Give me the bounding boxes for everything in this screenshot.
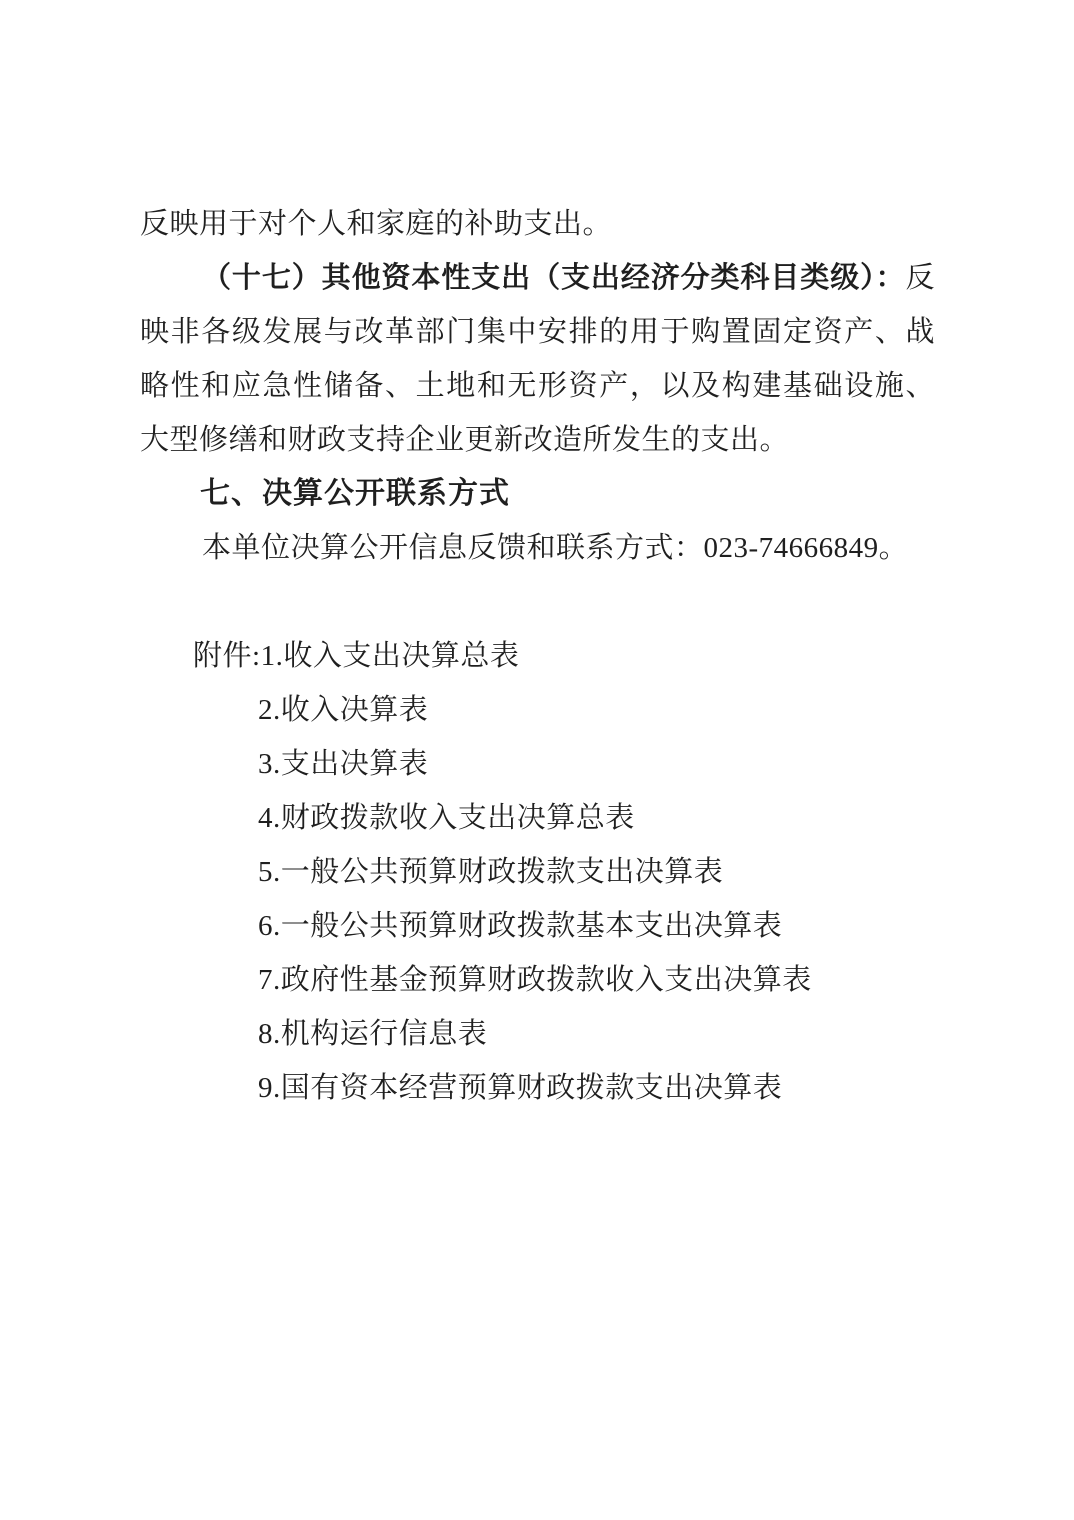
attachment-item-9: 9.国有资本经营预算财政拨款支出决算表 xyxy=(140,1061,935,1115)
paragraph-17-bold-heading: （十七）其他资本性支出（支出经济分类科目类级）： xyxy=(202,262,905,294)
attachments-label: 附件: xyxy=(193,640,261,672)
attachment-item-7: 7.政府性基金预算财政拨款收入支出决算表 xyxy=(140,953,935,1007)
section-heading-contact-method: 七、决算公开联系方式 xyxy=(140,467,935,521)
attachment-item-5: 5.一般公共预算财政拨款支出决算表 xyxy=(140,845,935,899)
document-page: 反映用于对个人和家庭的补助支出。 （十七）其他资本性支出（支出经济分类科目类级）… xyxy=(0,0,1074,1520)
paragraph-subsidy-expense: 反映用于对个人和家庭的补助支出。 xyxy=(140,197,935,251)
paragraph-contact-info: 本单位决算公开信息反馈和联系方式：023-74666849。 xyxy=(140,521,935,575)
attachment-item-6: 6.一般公共预算财政拨款基本支出决算表 xyxy=(140,899,935,953)
document-content: 反映用于对个人和家庭的补助支出。 （十七）其他资本性支出（支出经济分类科目类级）… xyxy=(0,0,1074,1115)
attachments-list: 附件:1.收入支出决算总表 2.收入决算表 3.支出决算表 4.财政拨款收入支出… xyxy=(140,629,935,1115)
attachment-item-2: 2.收入决算表 xyxy=(140,683,935,737)
attachment-item-4: 4.财政拨款收入支出决算总表 xyxy=(140,791,935,845)
paragraph-other-capital-expense: （十七）其他资本性支出（支出经济分类科目类级）：反映非各级发展与改革部门集中安排… xyxy=(140,251,935,467)
attachment-item-1: 1.收入支出决算总表 xyxy=(261,640,520,672)
attachment-item-3: 3.支出决算表 xyxy=(140,737,935,791)
attachment-item-8: 8.机构运行信息表 xyxy=(140,1007,935,1061)
attachment-line-1: 附件:1.收入支出决算总表 xyxy=(140,629,935,683)
